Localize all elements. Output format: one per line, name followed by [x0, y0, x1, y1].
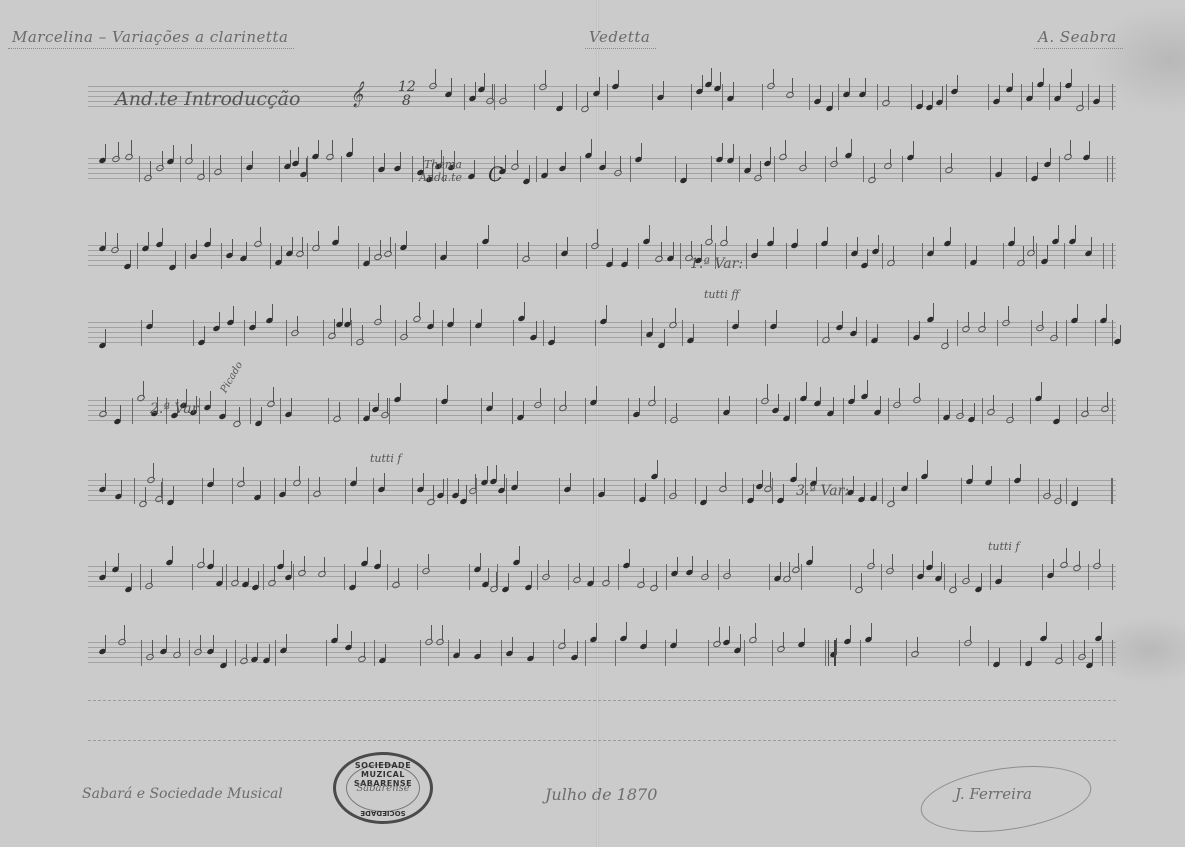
- note-head: [1077, 653, 1087, 662]
- note-stem: [258, 571, 259, 587]
- note-head: [510, 163, 520, 172]
- note-head: [266, 400, 276, 409]
- bar-line: [1076, 398, 1077, 424]
- note-stem: [252, 151, 253, 167]
- note-stem: [867, 380, 868, 396]
- note-stem: [1107, 392, 1108, 408]
- note-stem: [324, 557, 325, 573]
- note-head: [778, 153, 788, 162]
- bar-line: [345, 478, 346, 504]
- bar-line: [675, 156, 676, 182]
- note-stem: [233, 306, 234, 322]
- page-fold: [596, 0, 599, 847]
- note-stem: [702, 75, 703, 91]
- bar-line: [1020, 640, 1021, 666]
- note-stem: [1077, 304, 1078, 320]
- note-head: [399, 333, 409, 342]
- note-stem: [260, 481, 261, 497]
- note-head: [312, 490, 322, 499]
- note-stem: [706, 486, 707, 502]
- note-stem: [842, 311, 843, 327]
- note-stem: [828, 323, 829, 339]
- note-stem: [565, 391, 566, 407]
- note-head: [719, 239, 729, 248]
- note-stem: [893, 487, 894, 503]
- note-stem: [733, 82, 734, 98]
- bar-line: [307, 243, 308, 269]
- bar-line: [501, 640, 502, 666]
- bar-line: [774, 156, 775, 182]
- variation-1-label: 1.ª Var:: [690, 256, 743, 272]
- bar-line: [568, 564, 569, 590]
- note-stem: [213, 468, 214, 484]
- bar-line: [412, 156, 413, 182]
- bar-line: [469, 564, 470, 590]
- note-stem: [999, 85, 1000, 101]
- note-stem: [480, 640, 481, 656]
- note-stem: [481, 309, 482, 325]
- staff-line: [88, 337, 1116, 338]
- note-stem: [874, 163, 875, 179]
- bar-line: [395, 243, 396, 269]
- header-title: Marcelina – Variações a clarinetta: [8, 28, 294, 49]
- note-stem: [865, 78, 866, 94]
- note-stem: [618, 70, 619, 86]
- staff-line: [88, 576, 1116, 577]
- note-stem: [773, 227, 774, 243]
- note-stem: [968, 564, 969, 580]
- bar-line: [193, 320, 194, 346]
- society-stamp: SOCIEDADE MUZICAL SABARENSE Sabarense SO…: [333, 752, 433, 824]
- bar-line: [877, 84, 878, 110]
- bar-line: [988, 640, 989, 666]
- note-stem: [153, 463, 154, 479]
- note-stem: [562, 92, 563, 108]
- note-stem: [933, 303, 934, 319]
- bar-line: [882, 243, 883, 269]
- note-head: [722, 572, 732, 581]
- note-head: [110, 246, 120, 255]
- time-signature: 128: [398, 80, 416, 108]
- note-stem: [599, 77, 600, 93]
- staff-system: [88, 400, 1116, 422]
- note-stem: [554, 326, 555, 342]
- bar-line: [132, 398, 133, 424]
- bar-line: [580, 156, 581, 182]
- note-stem: [1092, 649, 1093, 665]
- note-head: [1092, 562, 1102, 571]
- note-stem: [273, 387, 274, 403]
- note-head: [886, 259, 896, 268]
- note-head: [948, 586, 958, 595]
- note-stem: [291, 398, 292, 414]
- note-stem: [1042, 311, 1043, 327]
- bar-line: [1036, 243, 1037, 269]
- note-stem: [1001, 158, 1002, 174]
- bar-line: [756, 398, 757, 424]
- note-stem: [641, 143, 642, 159]
- staff-line: [88, 265, 1116, 266]
- bar-line: [817, 320, 818, 346]
- note-stem: [780, 562, 781, 578]
- bar-line: [959, 640, 960, 666]
- note-head: [521, 255, 531, 264]
- note-stem: [356, 467, 357, 483]
- note-stem: [962, 399, 963, 415]
- note-stem: [105, 232, 106, 248]
- note-stem: [1001, 565, 1002, 581]
- note-stem: [564, 629, 565, 645]
- staff-line: [88, 420, 1116, 421]
- bar-line: [911, 84, 912, 110]
- note-stem: [890, 149, 891, 165]
- note-head: [866, 562, 876, 571]
- note-head: [327, 332, 337, 341]
- note-stem: [319, 477, 320, 493]
- note-stem: [145, 487, 146, 503]
- bar-line: [722, 84, 723, 110]
- note-stem: [173, 486, 174, 502]
- note-stem: [974, 403, 975, 419]
- bar-line: [1066, 478, 1067, 504]
- note-stem: [151, 569, 152, 585]
- bar-line: [665, 640, 666, 666]
- note-stem: [433, 485, 434, 501]
- note-head: [373, 318, 383, 327]
- bar-line: [576, 84, 577, 110]
- note-stem: [854, 385, 855, 401]
- note-stem: [1032, 82, 1033, 98]
- staff-line: [88, 250, 1116, 251]
- note-stem: [458, 479, 459, 495]
- note-stem: [675, 479, 676, 495]
- note-stem: [1099, 85, 1100, 101]
- bar-line: [1030, 398, 1031, 424]
- note-stem: [283, 550, 284, 566]
- note-stem: [239, 407, 240, 423]
- note-stem: [1014, 227, 1015, 243]
- end-bar-line: [1112, 243, 1113, 269]
- note-stem: [225, 400, 226, 416]
- bar-line: [638, 243, 639, 269]
- note-stem: [474, 160, 475, 176]
- note-stem: [380, 305, 381, 321]
- note-stem: [297, 316, 298, 332]
- note-head: [117, 638, 127, 647]
- note-stem: [117, 233, 118, 249]
- staff-system: [88, 322, 1116, 344]
- note-stem: [451, 78, 452, 94]
- note-stem: [707, 560, 708, 576]
- bar-line: [1059, 156, 1060, 182]
- note-stem: [955, 573, 956, 589]
- note-head: [421, 567, 431, 576]
- bar-line: [1009, 478, 1010, 504]
- note-stem: [676, 403, 677, 419]
- stamp-bottom-text: SOCIEDADE: [336, 809, 430, 817]
- note-stem: [654, 386, 655, 402]
- note-head: [580, 105, 590, 114]
- bar-line: [412, 478, 413, 504]
- bar-line: [280, 398, 281, 424]
- bar-line: [1088, 84, 1089, 110]
- note-stem: [387, 398, 388, 414]
- note-stem: [1023, 246, 1024, 262]
- note-stem: [547, 159, 548, 175]
- note-stem: [291, 561, 292, 577]
- note-stem: [269, 644, 270, 660]
- staff-line: [88, 178, 1116, 179]
- note-stem: [798, 553, 799, 569]
- bar-line: [202, 478, 203, 504]
- bar-line: [559, 478, 560, 504]
- bar-line: [944, 564, 945, 590]
- note-stem: [692, 556, 693, 572]
- note-stem: [778, 394, 779, 410]
- note-stem: [548, 560, 549, 576]
- note-stem: [298, 147, 299, 163]
- bar-line: [916, 478, 917, 504]
- bar-line: [634, 478, 635, 504]
- note-stem: [1091, 237, 1092, 253]
- note-stem: [105, 144, 106, 160]
- note-stem: [447, 385, 448, 401]
- bar-line: [1049, 84, 1050, 110]
- note-stem: [1084, 640, 1085, 656]
- bar-line: [1021, 84, 1022, 110]
- note-head: [155, 164, 165, 173]
- note-stem: [355, 571, 356, 587]
- note-stem: [804, 628, 805, 644]
- note-stem: [334, 319, 335, 335]
- note-stem: [833, 397, 834, 413]
- note-stem: [172, 546, 173, 562]
- note-stem: [533, 642, 534, 658]
- note-stem: [423, 473, 424, 489]
- note-stem: [932, 91, 933, 107]
- note-stem: [627, 248, 628, 264]
- note-stem: [488, 225, 489, 241]
- note-stem: [917, 637, 918, 653]
- note-stem: [972, 465, 973, 481]
- bar-line: [888, 398, 889, 424]
- note-stem: [304, 556, 305, 572]
- end-bar-line: [1112, 564, 1113, 590]
- note-head: [748, 636, 758, 645]
- note-stem: [492, 84, 493, 100]
- bar-line: [536, 156, 537, 182]
- staff-line: [88, 571, 1116, 572]
- note-stem: [1059, 405, 1060, 421]
- bar-line: [997, 320, 998, 346]
- note-stem: [1120, 325, 1121, 341]
- bar-line: [850, 564, 851, 590]
- note-stem: [932, 551, 933, 567]
- bar-line: [226, 564, 227, 590]
- bar-line: [477, 243, 478, 269]
- bar-line: [185, 243, 186, 269]
- note-head: [886, 500, 896, 509]
- bar-line: [946, 84, 947, 110]
- note-stem: [124, 625, 125, 641]
- note-head: [138, 500, 148, 509]
- note-stem: [757, 239, 758, 255]
- note-stem: [292, 237, 293, 253]
- bar-line: [881, 564, 882, 590]
- note-stem: [431, 625, 432, 641]
- note-head: [124, 153, 134, 162]
- bar-line: [308, 478, 309, 504]
- note-stem: [755, 623, 756, 639]
- note-stem: [646, 630, 647, 646]
- note-stem: [419, 302, 420, 318]
- bar-line: [537, 564, 538, 590]
- note-stem: [970, 626, 971, 642]
- theme-label: Thema: [424, 158, 462, 171]
- note-stem: [827, 227, 828, 243]
- note-head: [332, 415, 342, 424]
- note-stem: [750, 154, 751, 170]
- note-head: [572, 576, 582, 585]
- bar-line: [940, 156, 941, 182]
- bar-line: [442, 320, 443, 346]
- note-stem: [579, 563, 580, 579]
- staff-line: [88, 342, 1116, 343]
- note-stem: [203, 548, 204, 564]
- note-stem: [893, 246, 894, 262]
- note-stem: [384, 153, 385, 169]
- note-stem: [1043, 68, 1044, 84]
- bar-line: [275, 640, 276, 666]
- note-stem: [864, 483, 865, 499]
- note-stem: [243, 467, 244, 483]
- note-stem: [676, 629, 677, 645]
- note-head: [236, 480, 246, 489]
- note-stem: [318, 231, 319, 247]
- bar-line: [448, 640, 449, 666]
- note-stem: [255, 311, 256, 327]
- note-stem: [435, 69, 436, 85]
- note-stem: [976, 246, 977, 262]
- note-stem: [248, 568, 249, 584]
- note-stem: [524, 302, 525, 318]
- bar-line: [235, 640, 236, 666]
- bar-line: [162, 478, 163, 504]
- note-head: [854, 586, 864, 595]
- note-stem: [861, 573, 862, 589]
- note-stem: [1041, 382, 1042, 398]
- bar-line: [1088, 564, 1089, 590]
- note-stem: [942, 86, 943, 102]
- bar-line: [795, 398, 796, 424]
- note-stem: [873, 549, 874, 565]
- note-stem: [332, 140, 333, 156]
- variation-3-label: 3.ª Var:: [796, 483, 849, 499]
- note-stem: [487, 466, 488, 482]
- staff-system: [88, 642, 1116, 664]
- bar-line: [241, 156, 242, 182]
- bar-line: [326, 640, 327, 666]
- note-head: [1005, 416, 1015, 425]
- bar-line: [1064, 243, 1065, 269]
- bar-line: [494, 84, 495, 110]
- note-stem: [851, 139, 852, 155]
- note-stem: [733, 144, 734, 160]
- note-head: [940, 342, 950, 351]
- header-author: A. Seabra: [1034, 28, 1123, 49]
- note-stem: [496, 465, 497, 481]
- note-stem: [220, 155, 221, 171]
- bar-line: [1038, 478, 1039, 504]
- note-stem: [691, 241, 692, 257]
- note-stem: [257, 643, 258, 659]
- note-stem: [338, 226, 339, 242]
- bar-line: [464, 84, 465, 110]
- bar-line: [1003, 243, 1004, 269]
- note-stem: [523, 401, 524, 417]
- note-stem: [105, 561, 106, 577]
- note-stem: [1089, 141, 1090, 157]
- bar-line: [695, 478, 696, 504]
- note-stem: [162, 228, 163, 244]
- note-stem: [577, 641, 578, 657]
- note-stem: [219, 312, 220, 328]
- note-stem: [770, 147, 771, 163]
- note-stem: [369, 247, 370, 263]
- note-stem: [878, 235, 879, 251]
- bar-line: [744, 640, 745, 666]
- note-stem: [337, 624, 338, 640]
- note-stem: [725, 472, 726, 488]
- note-stem: [729, 396, 730, 412]
- note-stem: [433, 310, 434, 326]
- bar-line: [665, 398, 666, 424]
- note-head: [1053, 497, 1063, 506]
- note-stem: [805, 151, 806, 167]
- note-stem: [274, 566, 275, 582]
- note-stem: [162, 151, 163, 167]
- note-head: [435, 638, 445, 647]
- note-stem: [626, 622, 627, 638]
- note-stem: [820, 387, 821, 403]
- note-stem: [663, 81, 664, 97]
- note-stem: [785, 140, 786, 156]
- note-head: [961, 577, 971, 586]
- bar-line: [189, 640, 190, 666]
- note-stem: [686, 164, 687, 180]
- key-signature-mark: 𝄞: [350, 82, 363, 107]
- bar-line: [556, 243, 557, 269]
- note-stem: [907, 472, 908, 488]
- note-stem: [272, 304, 273, 320]
- note-stem: [729, 559, 730, 575]
- note-stem: [832, 92, 833, 108]
- bar-line: [180, 156, 181, 182]
- bar-line: [1066, 320, 1067, 346]
- note-stem: [222, 567, 223, 583]
- note-head: [98, 410, 108, 419]
- bar-line: [328, 398, 329, 424]
- note-stem: [1012, 403, 1013, 419]
- bar-line: [293, 564, 294, 590]
- bar-line: [137, 243, 138, 269]
- note-stem: [362, 325, 363, 341]
- note-stem: [591, 139, 592, 155]
- final-double-bar: [828, 640, 836, 666]
- bar-line: [517, 243, 518, 269]
- bar-line: [358, 243, 359, 269]
- bar-line: [843, 398, 844, 424]
